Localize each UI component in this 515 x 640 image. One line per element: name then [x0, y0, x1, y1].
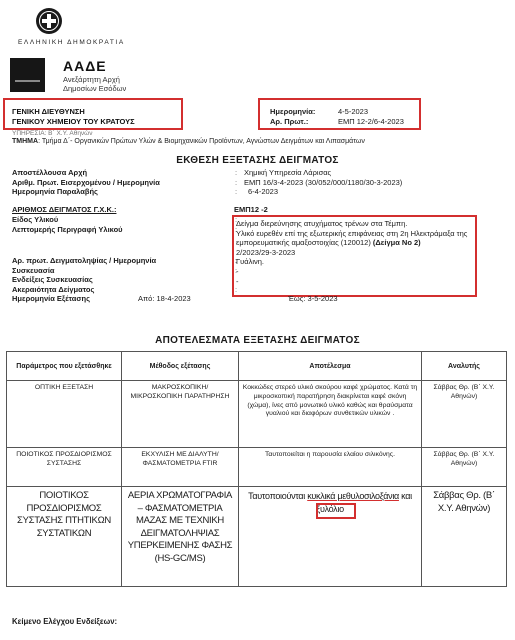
cell-result: Ταυτοποιούνται κυκλικά μεθυλοσιλοξάνια κ… [239, 487, 422, 587]
results-table: Παράμετρος που εξετάσθηκε Μέθοδος εξέτασ… [6, 351, 507, 587]
cell-result: Κοκκώδες στερεό υλικό σκούρου καφέ χρώμα… [239, 381, 422, 448]
column-header-result: Αποτέλεσμα [239, 352, 422, 381]
department-line: ΤΜΗΜΑ: Τμήμα Δ΄- Οργανικών Πρώτων Υλών &… [12, 138, 365, 145]
department-label: ΤΜΗΜΑ [12, 138, 38, 145]
highlight-box-xylene [316, 503, 356, 519]
table-row: ΟΠΤΙΚΗ ΕΞΕΤΑΣΗ ΜΑΚΡΟΣΚΟΠΙΚΗ/ ΜΙΚΡΟΣΚΟΠΙΚ… [7, 381, 507, 448]
incoming-label: Αριθμ. Πρωτ. Εισερχομένου / Ημερομηνία [12, 178, 160, 188]
sender-value: Χημική Υπηρεσία Λάρισας [244, 168, 331, 178]
highlight-box-directorate [3, 98, 183, 130]
receipt-label: Ημερομηνία Παραλαβής [12, 187, 98, 197]
cell-method: ΜΑΚΡΟΣΚΟΠΙΚΗ/ ΜΙΚΡΟΣΚΟΠΙΚΗ ΠΑΡΑΤΗΡΗΣΗ [122, 381, 239, 448]
cell-analyst: Σάββας Θρ. (Β΄ Χ.Υ. Αθηνών) [422, 448, 507, 487]
report-title: ΕΚΘΕΣΗ ΕΞΕΤΑΣΗΣ ΔΕΙΓΜΑΤΟΣ [0, 155, 515, 166]
aade-subtitle: Ανεξάρτητη Αρχή Δημοσίων Εσόδων [63, 75, 126, 93]
aade-subtitle-line2: Δημοσίων Εσόδων [63, 84, 126, 93]
cell-result: Ταυτοποιείται η παρουσία ελαίου σιλικόνη… [239, 448, 422, 487]
incoming-value: ΕΜΠ 16/3-4-2023 (30/052/000/1180/30-3-20… [244, 178, 402, 188]
cell-analyst: Σάββας Θρ. (Β΄ Χ.Υ. Αθηνών) [422, 487, 507, 587]
sample-number-value: ΕΜΠ12 -2 [234, 205, 268, 214]
sender-label: Αποστέλλουσα Αρχή [12, 168, 87, 178]
table-row: ΠΟΙΟΤΙΚΟΣ ΠΡΟΣΔΙΟΡΙΣΜΟΣ ΣΥΣΤΑΣΗΣ ΠΤΗΤΙΚΩ… [7, 487, 507, 587]
cell-method: ΕΚΧΥΛΙΣΗ ΜΕ ΔΙΑΛΥΤΗ/ ΦΑΣΜΑΤΟΜΕΤΡΙΑ FTIR [122, 448, 239, 487]
column-header-method: Μέθοδος εξέτασης [122, 352, 239, 381]
table-row: ΠΟΙΟΤΙΚΟΣ ΠΡΟΣΔΙΟΡΙΣΜΟΣ ΣΥΣΤΑΣΗΣ ΕΚΧΥΛΙΣ… [7, 448, 507, 487]
aade-subtitle-line1: Ανεξάρτητη Αρχή [63, 75, 126, 84]
sampling-label: Αρ. πρωτ. Δειγματοληψίας / Ημερομηνία [12, 256, 156, 266]
greek-coat-of-arms-icon [36, 8, 62, 34]
result-prefix: Ταυτοποιούνται [248, 491, 305, 501]
result-highlight: κυκλικά μεθυλοσιλοξάνια [307, 491, 399, 501]
sample-number-label: ΑΡΙΘΜΟΣ ΔΕΙΓΜΑΤΟΣ Γ.Χ.Κ.: [12, 205, 116, 214]
result-mid: και [401, 491, 412, 501]
column-header-parameter: Παράμετρος που εξετάσθηκε [7, 352, 122, 381]
cell-parameter: ΠΟΙΟΤΙΚΟΣ ΠΡΟΣΔΙΟΡΙΣΜΟΣ ΣΥΣΤΑΣΗΣ [7, 448, 122, 487]
control-text-label: Κείμενο Ελέγχου Ενδείξεων: [12, 617, 117, 626]
material-type-label: Είδος Υλικού [12, 215, 58, 225]
cell-parameter: ΟΠΤΙΚΗ ΕΞΕΤΑΣΗ [7, 381, 122, 448]
department-value: : Τμήμα Δ΄- Οργανικών Πρώτων Υλών & Βιομ… [38, 138, 365, 145]
packaging-label: Συσκευασία [12, 266, 55, 276]
highlight-box-description [232, 215, 477, 297]
packaging-marks-label: Ενδείξεις Συσκευασίας [12, 275, 93, 285]
exam-date-label: Ημερομηνία Εξέτασης [12, 294, 90, 304]
aade-logo-icon [10, 58, 45, 92]
integrity-label: Ακεραιότητα Δείγματος [12, 285, 94, 295]
column-header-analyst: Αναλυτής [422, 352, 507, 381]
republic-label: ΕΛΛΗΝΙΚΗ ΔΗΜΟΚΡΑΤΙΑ [18, 39, 125, 46]
cell-method: ΑΕΡΙΑ ΧΡΩΜΑΤΟΓΡΑΦΙΑ – ΦΑΣΜΑΤΟΜΕΤΡΙΑ ΜΑΖΑ… [122, 487, 239, 587]
cell-parameter: ΠΟΙΟΤΙΚΟΣ ΠΡΟΣΔΙΟΡΙΣΜΟΣ ΣΥΣΤΑΣΗΣ ΠΤΗΤΙΚΩ… [7, 487, 122, 587]
highlight-box-meta [258, 98, 421, 130]
aade-title: ΑΑΔΕ [63, 58, 107, 74]
exam-date-to: Έως: 3-5-2023 [288, 294, 338, 303]
service-line: ΥΠΗΡΕΣΙΑ: Β΄ Χ.Υ. Αθηνών [12, 130, 93, 137]
table-header-row: Παράμετρος που εξετάσθηκε Μέθοδος εξέτασ… [7, 352, 507, 381]
cell-analyst: Σάββας Θρ. (Β΄ Χ.Υ. Αθηνών) [422, 381, 507, 448]
receipt-value: 6-4-2023 [248, 187, 278, 197]
results-title: ΑΠΟΤΕΛΕΣΜΑΤΑ ΕΞΕΤΑΣΗΣ ΔΕΙΓΜΑΤΟΣ [0, 335, 515, 346]
material-desc-label: Λεπτομερής Περιγραφή Υλικού [12, 225, 123, 235]
exam-date-from: Από: 18-4-2023 [138, 294, 191, 303]
